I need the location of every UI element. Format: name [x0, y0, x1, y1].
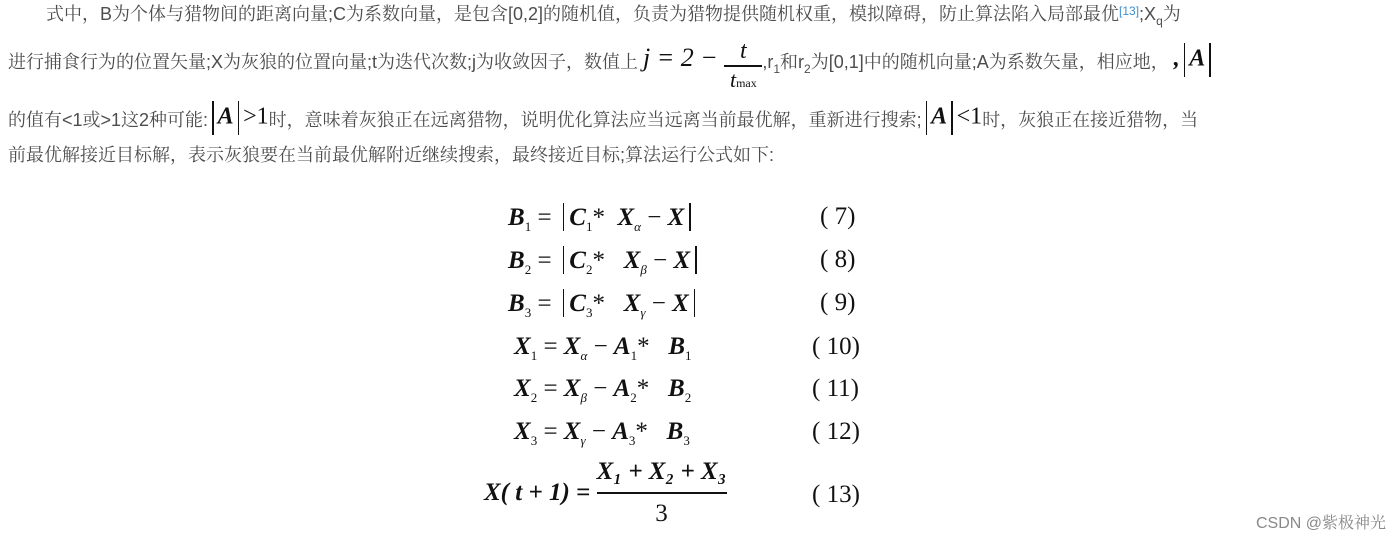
- abs-bar: [1184, 43, 1186, 77]
- abs-bar: [563, 246, 565, 274]
- equation-number: ( 12): [812, 418, 860, 446]
- text: 时，意味着灰狼正在远离猎物，说明优化算法应当远离当前最优解，重新进行搜索;: [269, 110, 922, 130]
- subscript: 3: [586, 305, 593, 320]
- fraction-bar: [597, 492, 727, 494]
- subscript: 2: [586, 262, 593, 277]
- var: A: [931, 104, 947, 130]
- paragraph-line-2: 进行捕食行为的位置矢量;X为灰狼的位置向量;t为迭代次数;j为收敛因子，数值上 …: [8, 36, 1215, 91]
- var: A: [218, 104, 234, 130]
- subscript: 3: [525, 305, 532, 320]
- abs-bar: [238, 101, 240, 135]
- var: C: [569, 290, 586, 317]
- var: X: [514, 375, 531, 402]
- equation-13: X( t + 1) = X₁ + X₂ + X₃ 3: [484, 458, 727, 528]
- equation-number: ( 10): [812, 333, 860, 361]
- formula-lhs: j = 2 −: [643, 43, 718, 72]
- paragraph-line-1: 式中，B为个体与猎物间的距离向量;C为系数向量，是包含[0,2]的随机值，负责为…: [8, 5, 1181, 25]
- subscript: 3: [531, 433, 538, 448]
- equation-12: X3 = Xγ − A3* B3: [514, 418, 690, 449]
- subscript: 1: [631, 348, 638, 363]
- subscript: 1: [773, 62, 780, 76]
- denominator: tmax: [730, 69, 757, 94]
- subscript: 2: [685, 390, 692, 405]
- abs-bar: [563, 203, 565, 231]
- text: 和r: [780, 52, 804, 72]
- subscript: α: [580, 348, 587, 363]
- subscript: 2: [804, 62, 811, 76]
- paragraph-line-4: 前最优解接近目标解，表示灰狼要在当前最优解附近继续搜索，最终接近目标;算法运行公…: [8, 146, 774, 164]
- subscript: 3: [683, 433, 690, 448]
- denominator: 3: [655, 500, 668, 528]
- abs-bar: [695, 246, 697, 274]
- comma: ,: [1174, 46, 1180, 72]
- subscript: γ: [640, 305, 645, 320]
- equation-7: B1 = C1* Xα − X: [508, 203, 696, 235]
- abs-bar: [689, 203, 691, 231]
- subscript: 1: [586, 219, 593, 234]
- subscript: 2: [531, 390, 538, 405]
- equation-10: X1 = Xα − A1* B1: [514, 333, 692, 364]
- var: A: [1189, 46, 1205, 72]
- subscript: α: [634, 219, 641, 234]
- equation-number: ( 9): [820, 289, 855, 317]
- text: ,r: [762, 52, 773, 72]
- abs-bar: [951, 101, 953, 135]
- abs-bar: [563, 289, 565, 317]
- lhs: X( t + 1) =: [484, 479, 590, 507]
- abs-bar: [212, 101, 214, 135]
- equation-11: X2 = Xβ − A2* B2: [514, 375, 691, 406]
- text: 时，灰狼正在接近猎物，当: [982, 110, 1198, 130]
- condition-greater: A>1: [208, 101, 269, 135]
- subscript: 2: [525, 262, 532, 277]
- var: X: [514, 418, 531, 445]
- relation: >1: [243, 104, 269, 130]
- subscript: γ: [580, 433, 585, 448]
- var: C: [569, 204, 586, 231]
- abs-a-expression: ,A: [1174, 43, 1215, 77]
- subscript: β: [580, 390, 586, 405]
- paragraph-line-3: 的值有<1或>1这2种可能:A>1时，意味着灰狼正在远离猎物，说明优化算法应当远…: [8, 104, 1198, 138]
- abs-bar: [694, 289, 696, 317]
- subscript: 3: [629, 433, 636, 448]
- text: ;X: [1139, 4, 1156, 24]
- text: 为: [1163, 4, 1181, 24]
- condition-less: A<1: [922, 101, 983, 135]
- watermark: CSDN @紫极神光: [1256, 510, 1386, 533]
- var: B: [508, 290, 525, 317]
- subscript: q: [1156, 14, 1163, 28]
- abs-bar: [926, 101, 928, 135]
- citation-link[interactable]: [13]: [1119, 4, 1139, 18]
- text: 前最优解接近目标解，表示灰狼要在当前最优解附近继续搜索，最终接近目标;算法运行公…: [8, 145, 774, 165]
- text: 进行捕食行为的位置矢量;X为灰狼的位置向量;t为迭代次数;j为收敛因子，数值上: [8, 52, 638, 72]
- equation-number: ( 13): [812, 481, 860, 509]
- equation-8: B2 = C2* Xβ − X: [508, 246, 702, 278]
- equation-number: ( 11): [812, 375, 859, 403]
- var: C: [569, 247, 586, 274]
- fraction: t tmax: [724, 39, 762, 94]
- fraction: X₁ + X₂ + X₃ 3: [597, 458, 727, 528]
- abs-bar: [1209, 43, 1211, 77]
- subscript: 1: [685, 348, 692, 363]
- equation-number: ( 7): [820, 203, 855, 231]
- numerator: t: [740, 39, 747, 63]
- convergence-formula: j = 2 − t tmax: [643, 33, 762, 88]
- text: 为[0,1]中的随机向量;A为系数矢量，相应地，: [811, 52, 1169, 72]
- relation: <1: [957, 104, 983, 130]
- equation-number: ( 8): [820, 246, 855, 274]
- subscript: 1: [525, 219, 532, 234]
- text: 的值有<1或>1这2种可能:: [8, 110, 208, 130]
- text: 式中，B为个体与猎物间的距离向量;C为系数向量，是包含[0,2]的随机值，负责为…: [46, 4, 1119, 24]
- numerator: X₁ + X₂ + X₃: [597, 458, 727, 486]
- equation-9: B3 = C3* Xγ − X: [508, 289, 700, 321]
- subscript: β: [640, 262, 646, 277]
- subscript: 1: [531, 348, 538, 363]
- denominator-sub: max: [736, 76, 757, 90]
- var: B: [508, 247, 525, 274]
- var: X: [514, 333, 531, 360]
- subscript: 2: [630, 390, 637, 405]
- var: B: [508, 204, 525, 231]
